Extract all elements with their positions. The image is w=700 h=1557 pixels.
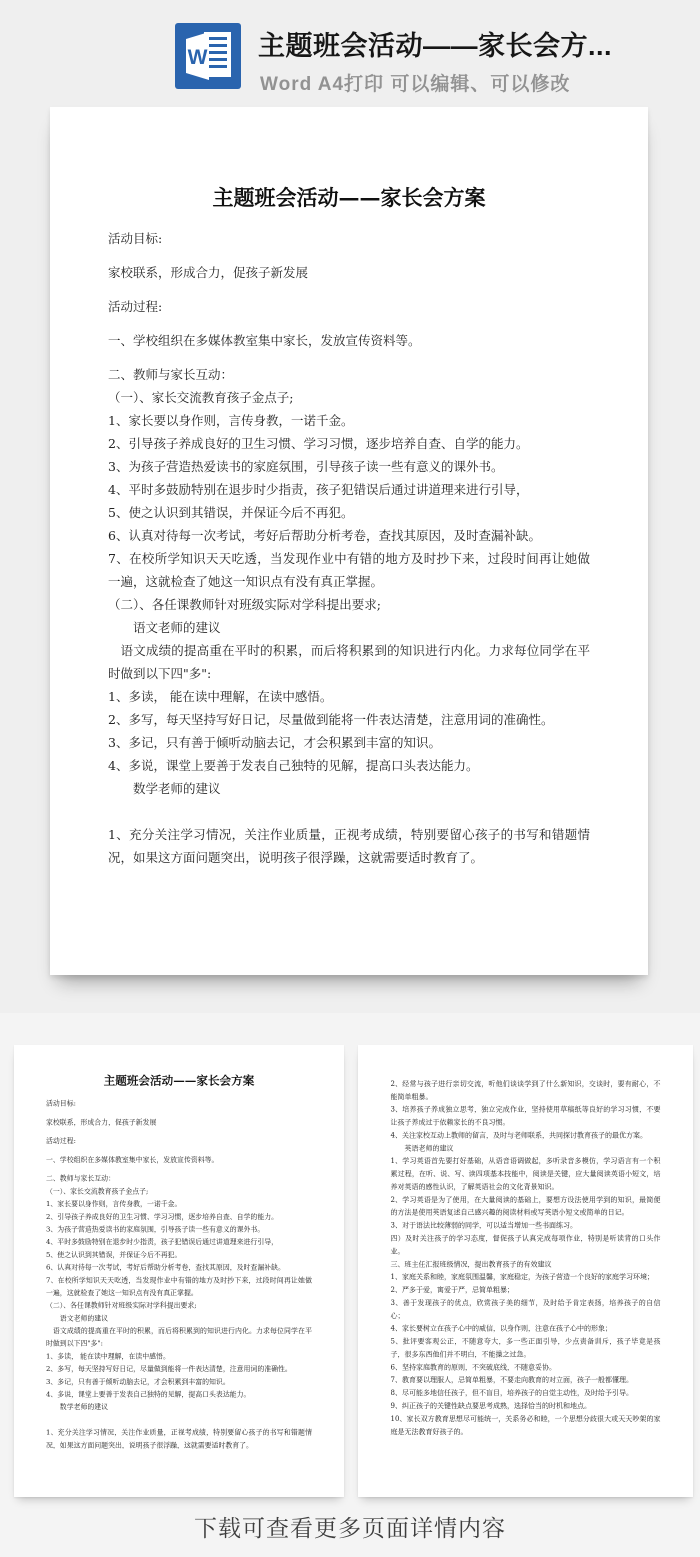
doc-line: 3、多记，只有善于倾听动脑去记，才会积累到丰富的知识。 <box>50 731 648 754</box>
doc-line: （一）、家长交流教育孩子金点子; <box>50 386 648 409</box>
file-title: 主题班会活动——家长会方... <box>258 24 678 63</box>
doc-line: 3、为孩子营造热爱读书的家庭氛围，引导孩子读一些有意义的课外书。 <box>50 455 648 478</box>
doc-line: 活动过程: <box>50 295 648 318</box>
doc-line: 3、培养孩子养成独立思考，独立完成作业，坚持使用草稿纸等良好的学习习惯，不要让孩… <box>358 1103 693 1129</box>
doc-line: 7、在校所学知识天天吃透，当发现作业中有错的地方及时抄下来，过段时间再让她做一遍… <box>14 1273 344 1298</box>
doc-line: 1、多读， 能在读中理解，在读中感悟。 <box>14 1350 344 1363</box>
word-icon-letter: W <box>188 46 208 69</box>
doc-line: 四）及时关注孩子的学习态度，督促孩子认真完成每项作业，特别是听读背的口头作业。 <box>358 1232 693 1258</box>
doc-line: 1、充分关注学习情况，关注作业质量，正视考成绩，特别要留心孩子的书写和错题情况，… <box>14 1426 344 1451</box>
doc-line: 6、认真对待每一次考试，考好后帮助分析考卷，查找其原因，及时查漏补缺。 <box>14 1261 344 1274</box>
page-thumbnail-1[interactable]: 主题班会活动——家长会方案 活动目标:家校联系，形成合力，促孩子新发展活动过程:… <box>14 1045 344 1497</box>
doc-line: 6、坚持家庭教育的原则，不突破底线，不随意妥协。 <box>358 1360 693 1373</box>
doc-line: 语文老师的建议 <box>14 1312 344 1325</box>
doc-line: 4、平时多鼓励特别在退步时少指责，孩子犯错误后通过讲道理来进行引导， <box>50 478 648 501</box>
file-subtitle: Word A4打印 可以编辑、可以修改 <box>260 69 570 96</box>
header: W 主题班会活动——家长会方... Word A4打印 可以编辑、可以修改 <box>0 0 700 100</box>
doc-line: 1、多读， 能在读中理解，在读中感悟。 <box>50 685 648 708</box>
thumbnail-2-content: 2、经常与孩子进行亲切交流，听他们谈谈学到了什么新知识，交谈时，要有耐心，不能简… <box>358 1045 693 1497</box>
doc-line: 2、严多于爱，寓爱于严，忌简单粗暴； <box>358 1283 693 1296</box>
doc-line: 7、教育要以理服人，忌简单粗暴，不要走向教育的对立面，孩子一般都懂理。 <box>358 1373 693 1386</box>
doc-line: 4、关注家校互动上教师的留言，及时与老师联系，共同探讨教育孩子的最优方案。 <box>358 1128 693 1141</box>
doc-line: 活动目标: <box>14 1097 344 1110</box>
doc-line: 8、尽可能多地信任孩子，但不盲目，培养孩子的自觉主动性，及时给予引导。 <box>358 1386 693 1399</box>
thumbnail-2-body: 2、经常与孩子进行亲切交流，听他们谈谈学到了什么新知识，交谈时，要有耐心，不能简… <box>358 1077 693 1438</box>
doc-line: 10、家长双方教育思想尽可能统一，关系务必和睦，一个思想分歧很大或天天吵架的家庭… <box>358 1412 693 1438</box>
doc-line: 5、使之认识到其错误，并保证今后不再犯。 <box>14 1248 344 1261</box>
doc-line: 6、认真对待每一次考试，考好后帮助分析考卷，查找其原因，及时查漏补缺。 <box>50 524 648 547</box>
doc-line: 家校联系，形成合力，促孩子新发展 <box>14 1116 344 1129</box>
page-thumbnail-2[interactable]: 2、经常与孩子进行亲切交流，听他们谈谈学到了什么新知识，交谈时，要有耐心，不能简… <box>358 1045 693 1497</box>
doc-line: 2、多写，每天坚持写好日记，尽量做到能将一件表达清楚，注意用词的准确性。 <box>50 708 648 731</box>
doc-line: 活动过程: <box>14 1134 344 1147</box>
doc-line: 4、家长要树立在孩子心中的威信，以身作则，注意在孩子心中的形象； <box>358 1322 693 1335</box>
doc-line: 语文成绩的提高重在平时的积累，而后将积累到的知识进行内化。力求每位同学在平时做到… <box>50 639 648 685</box>
doc-line: 一、学校组织在多媒体教室集中家长，发放宣传资料等。 <box>14 1153 344 1166</box>
doc-line: 7、在校所学知识天天吃透，当发现作业中有错的地方及时抄下来，过段时间再让她做一遍… <box>50 547 648 593</box>
doc-line: 3、对于语法比较薄弱的同学，可以适当增加一些书面练习。 <box>358 1219 693 1232</box>
doc-line: 二、教师与家长互动： <box>50 363 648 386</box>
word-file-icon: W <box>175 23 241 89</box>
doc-line: 2、经常与孩子进行亲切交流，听他们谈谈学到了什么新知识，交谈时，要有耐心，不能简… <box>358 1077 693 1103</box>
doc-line: 4、平时多鼓励特别在退步时少指责，孩子犯错误后通过讲道理来进行引导， <box>14 1235 344 1248</box>
document-body: 活动目标:家校联系，形成合力，促孩子新发展活动过程:一、学校组织在多媒体教室集中… <box>50 227 648 869</box>
doc-line: 活动目标: <box>50 227 648 250</box>
thumbnail-1-body: 活动目标:家校联系，形成合力，促孩子新发展活动过程:一、学校组织在多媒体教室集中… <box>14 1097 344 1451</box>
doc-line: 5、批评要客观公正，不随意夸大，多一些正面引导，少点责备训斥，孩子毕竟是孩子，很… <box>358 1335 693 1361</box>
doc-line: 3、善于发现孩子的优点，欣赏孩子美的细节，及时给予肯定表扬，培养孩子的自信心； <box>358 1296 693 1322</box>
thumbnail-1-content: 主题班会活动——家长会方案 活动目标:家校联系，形成合力，促孩子新发展活动过程:… <box>14 1045 344 1497</box>
doc-line: 1、学习英语首先要打好基础，从语音语调做起，多听录音多模仿，学习语言有一个积累过… <box>358 1154 693 1193</box>
doc-line: 2、多写，每天坚持写好日记，尽量做到能将一件表达清楚，注意用词的准确性。 <box>14 1362 344 1375</box>
doc-line: 一、学校组织在多媒体教室集中家长，发放宣传资料等。 <box>50 329 648 352</box>
doc-preview-page: { "header": { "title": "主题班会活动——家长会方..."… <box>0 0 700 1557</box>
doc-line: 1、家长要以身作则，言传身教，一诺千金。 <box>14 1197 344 1210</box>
doc-line: 1、家庭关系和睦，家庭氛围温馨，家庭稳定，为孩子营造一个良好的家庭学习环境； <box>358 1270 693 1283</box>
doc-line: 家校联系，形成合力，促孩子新发展 <box>50 261 648 284</box>
doc-line: 语文成绩的提高重在平时的积累，而后将积累到的知识进行内化。力求每位同学在平时做到… <box>14 1324 344 1349</box>
footer-note: 下载可查看更多页面详情内容 <box>0 1510 700 1543</box>
doc-line: （一）、家长交流教育孩子金点子; <box>14 1185 344 1198</box>
doc-line: （二）、各任课教师针对班级实际对学科提出要求; <box>50 593 648 616</box>
doc-line: 4、多说，课堂上要善于发表自己独特的见解，提高口头表达能力。 <box>50 754 648 777</box>
doc-line: 3、多记，只有善于倾听动脑去记，才会积累到丰富的知识。 <box>14 1375 344 1388</box>
doc-line: 5、使之认识到其错误，并保证今后不再犯。 <box>50 501 648 524</box>
doc-line: （二）、各任课教师针对班级实际对学科提出要求; <box>14 1299 344 1312</box>
doc-line: 二、教师与家长互动： <box>14 1172 344 1185</box>
doc-line: 数学老师的建议 <box>14 1400 344 1413</box>
doc-line: 4、多说，课堂上要善于发表自己独特的见解，提高口头表达能力。 <box>14 1388 344 1401</box>
doc-line: 三、班主任汇报班级情况，提出教育孩子的有效建议 <box>358 1257 693 1270</box>
document-title-small: 主题班会活动——家长会方案 <box>14 1045 344 1097</box>
doc-line: 语文老师的建议 <box>50 616 648 639</box>
document-title: 主题班会活动——家长会方案 <box>50 107 648 227</box>
doc-line: 9、纠正孩子的关键性缺点要思考成熟，选择恰当的时机和地点。 <box>358 1399 693 1412</box>
doc-line: 英语老师的建议 <box>358 1141 693 1154</box>
page-preview-main: 主题班会活动——家长会方案 活动目标:家校联系，形成合力，促孩子新发展活动过程:… <box>50 107 648 975</box>
doc-line: 数学老师的建议 <box>50 777 648 800</box>
doc-line: 2、学习英语是为了使用，在大量阅读的基础上，要想方设法使用学到的知识，最简便的方… <box>358 1193 693 1219</box>
doc-line: 3、为孩子营造热爱读书的家庭氛围，引导孩子读一些有意义的课外书。 <box>14 1223 344 1236</box>
doc-line: 1、家长要以身作则，言传身教，一诺千金。 <box>50 409 648 432</box>
doc-line: 1、充分关注学习情况，关注作业质量，正视考成绩，特别要留心孩子的书写和错题情况，… <box>50 823 648 869</box>
doc-line: 2、引导孩子养成良好的卫生习惯、学习习惯，逐步培养自查、自学的能力。 <box>14 1210 344 1223</box>
doc-line: 2、引导孩子养成良好的卫生习惯、学习习惯，逐步培养自查、自学的能力。 <box>50 432 648 455</box>
